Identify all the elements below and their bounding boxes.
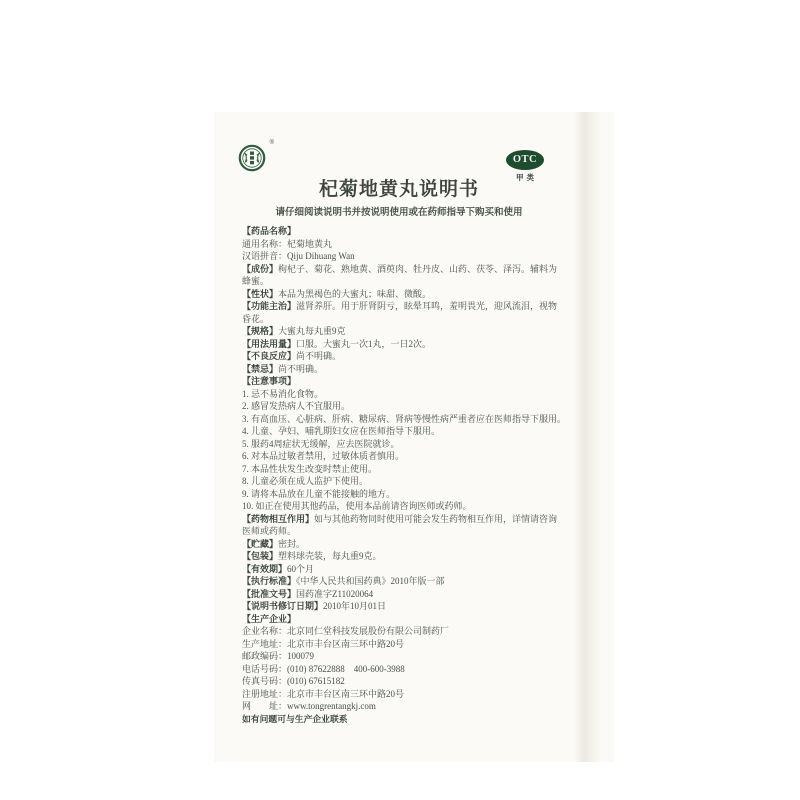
line-text: 10. 如正在使用其他药品，使用本品前请咨询医师或药师。	[242, 501, 472, 511]
leaflet-subtitle: 请仔细阅读说明书并按说明使用或在药师指导下购买和使用	[224, 204, 574, 218]
tongrentang-seal-icon	[238, 143, 268, 173]
line-text: 生产地址：北京市丰台区南三环中路20号	[242, 639, 404, 649]
leaflet-line: 传真号码：(010) 67615182	[242, 675, 587, 688]
line-text: 4. 儿童、孕妇、哺乳期妇女应在医师指导下服用。	[242, 426, 440, 436]
leaflet-line: 【不良反应】尚不明确。	[242, 350, 587, 363]
leaflet-line: 7. 本品性状发生改变时禁止使用。	[242, 463, 587, 476]
section-label: 【注意事项】	[242, 376, 296, 386]
line-text: 如有问题可与生产企业联系	[242, 714, 348, 724]
line-text: 《中华人民共和国药典》2010年版一部	[296, 576, 445, 586]
section-label: 【禁忌】	[242, 364, 278, 374]
line-text: 5. 服药4周症状无缓解，应去医院就诊。	[242, 439, 400, 449]
leaflet-line: 医师或药师。	[242, 525, 587, 538]
section-label: 【不良反应】	[242, 351, 296, 361]
line-text: 密封。	[278, 539, 305, 549]
section-label: 【用法用量】	[242, 339, 296, 349]
registered-trademark-icon: ®	[270, 140, 274, 146]
otc-oval-icon: OTC	[506, 150, 544, 170]
line-text: 邮政编码：100079	[242, 651, 314, 661]
line-text: 医师或药师。	[242, 526, 296, 536]
leaflet-line: 1. 忌不易消化食物。	[242, 388, 587, 401]
section-label: 【执行标准】	[242, 576, 296, 586]
leaflet-line: 【药物相互作用】如与其他药物同时使用可能会发生药物相互作用，详情请咨询	[242, 513, 587, 526]
line-text: 枸杞子、菊花、熟地黄、酒萸肉、牡丹皮、山药、茯苓、泽泻。辅料为	[278, 264, 557, 274]
section-label: 【性状】	[242, 289, 278, 299]
leaflet-line: 【功能主治】滋肾养肝。用于肝肾阴亏，眩晕耳鸣，羞明畏光，迎风流泪，视物	[242, 300, 587, 313]
line-text: 2010年10月01日	[323, 601, 386, 611]
line-text: 滋肾养肝。用于肝肾阴亏，眩晕耳鸣，羞明畏光，迎风流泪，视物	[296, 301, 557, 311]
leaflet-line: 5. 服药4周症状无缓解，应去医院就诊。	[242, 438, 587, 451]
line-text: 1. 忌不易消化食物。	[242, 389, 323, 399]
leaflet-line: 【禁忌】尚不明确。	[242, 363, 587, 376]
leaflet-line: 【性状】本品为黑褐色的大蜜丸；味甜、微酸。	[242, 288, 587, 301]
section-label: 【贮藏】	[242, 539, 278, 549]
line-text: 9. 请将本品放在儿童不能接触的地方。	[242, 489, 395, 499]
leaflet-line: 【生产企业】	[242, 613, 587, 626]
line-text: 传真号码：(010) 67615182	[242, 676, 345, 686]
line-text: 电话号码：(010) 87622888 400-600-3988	[242, 664, 405, 674]
line-text: 尚不明确。	[278, 364, 323, 374]
leaflet-line: 企业名称：北京同仁堂科技发展股份有限公司制药厂	[242, 625, 587, 638]
leaflet-line: 10. 如正在使用其他药品，使用本品前请咨询医师或药师。	[242, 500, 587, 513]
line-text: 7. 本品性状发生改变时禁止使用。	[242, 464, 377, 474]
line-text: 注册地址：北京市丰台区南三环中路20号	[242, 689, 404, 699]
line-text: 企业名称：北京同仁堂科技发展股份有限公司制药厂	[242, 626, 449, 636]
line-text: 网 址：www.tongrentangkj.com	[242, 701, 376, 711]
leaflet-line: 8. 儿童必须在成人监护下使用。	[242, 475, 587, 488]
section-label: 【药物相互作用】	[242, 514, 314, 524]
line-text: 3. 有高血压、心脏病、肝病、糖尿病、肾病等慢性病严重者应在医师指导下服用。	[242, 414, 566, 424]
section-label: 【成份】	[242, 264, 278, 274]
leaflet-line: 4. 儿童、孕妇、哺乳期妇女应在医师指导下服用。	[242, 425, 587, 438]
leaflet-line: 3. 有高血压、心脏病、肝病、糖尿病、肾病等慢性病严重者应在医师指导下服用。	[242, 413, 587, 426]
leaflet-line: 【有效期】60个月	[242, 563, 587, 576]
line-text: 口服。大蜜丸一次1丸，一日2次。	[296, 339, 431, 349]
screenshot-root: { "header": { "brand_logo": "tongrentang…	[0, 0, 800, 800]
leaflet-line: 【批准文号】国药准字Z11020064	[242, 588, 587, 601]
line-text: 6. 对本品过敏者禁用，过敏体质者慎用。	[242, 451, 404, 461]
leaflet-line: 汉语拼音：Qiju Dihuang Wan	[242, 250, 587, 263]
leaflet-line: 如有问题可与生产企业联系	[242, 713, 587, 726]
leaflet-line: 6. 对本品过敏者禁用，过敏体质者慎用。	[242, 450, 587, 463]
leaflet-line: 9. 请将本品放在儿童不能接触的地方。	[242, 488, 587, 501]
leaflet-line: 昏花。	[242, 313, 587, 326]
line-text: 尚不明确。	[296, 351, 341, 361]
leaflet-line: 【贮藏】密封。	[242, 538, 587, 551]
leaflet-line: 【药品名称】	[242, 225, 587, 238]
leaflet-line: 生产地址：北京市丰台区南三环中路20号	[242, 638, 587, 651]
leaflet-body: 【药品名称】通用名称：杞菊地黄丸汉语拼音：Qiju Dihuang Wan【成份…	[242, 225, 587, 725]
leaflet-line: 【包装】塑料球壳装，每丸重9克。	[242, 550, 587, 563]
leaflet-line: 注册地址：北京市丰台区南三环中路20号	[242, 688, 587, 701]
line-text: 60个月	[287, 564, 314, 574]
line-text: 本品为黑褐色的大蜜丸；味甜、微酸。	[278, 289, 431, 299]
leaflet-line: 【成份】枸杞子、菊花、熟地黄、酒萸肉、牡丹皮、山药、茯苓、泽泻。辅料为	[242, 263, 587, 276]
leaflet-line: 蜂蜜。	[242, 275, 587, 288]
leaflet-title: 杞菊地黄丸说明书	[234, 174, 564, 201]
line-text: 8. 儿童必须在成人监护下使用。	[242, 476, 368, 486]
line-text: 昏花。	[242, 314, 269, 324]
brand-logo: ®	[238, 143, 274, 177]
leaflet-line: 2. 感冒发热病人不宜服用。	[242, 400, 587, 413]
section-label: 【功能主治】	[242, 301, 296, 311]
leaflet-line: 通用名称：杞菊地黄丸	[242, 238, 587, 251]
line-text: 汉语拼音：Qiju Dihuang Wan	[242, 251, 355, 261]
line-text: 2. 感冒发热病人不宜服用。	[242, 401, 350, 411]
leaflet-line: 邮政编码：100079	[242, 650, 587, 663]
section-label: 【有效期】	[242, 564, 287, 574]
line-text: 蜂蜜。	[242, 276, 269, 286]
leaflet-line: 【注意事项】	[242, 375, 587, 388]
section-label: 【批准文号】	[242, 589, 296, 599]
leaflet-line: 【用法用量】口服。大蜜丸一次1丸，一日2次。	[242, 338, 587, 351]
leaflet-line: 【规格】大蜜丸每丸重9克	[242, 325, 587, 338]
section-label: 【生产企业】	[242, 614, 296, 624]
leaflet-line: 【说明书修订日期】2010年10月01日	[242, 600, 587, 613]
section-label: 【说明书修订日期】	[242, 601, 323, 611]
leaflet-line: 电话号码：(010) 87622888 400-600-3988	[242, 663, 587, 676]
section-label: 【药品名称】	[242, 226, 296, 236]
leaflet-paper: ® OTC 甲类 杞菊地黄丸说明书 请仔细阅读说明书并按说明使用或在药师指导下购…	[214, 112, 614, 762]
leaflet-line: 【执行标准】《中华人民共和国药典》2010年版一部	[242, 575, 587, 588]
leaflet-line: 网 址：www.tongrentangkj.com	[242, 700, 587, 713]
section-label: 【规格】	[242, 326, 278, 336]
line-text: 通用名称：杞菊地黄丸	[242, 239, 332, 249]
line-text: 如与其他药物同时使用可能会发生药物相互作用，详情请咨询	[314, 514, 557, 524]
section-label: 【包装】	[242, 551, 278, 561]
line-text: 塑料球壳装，每丸重9克。	[278, 551, 382, 561]
line-text: 大蜜丸每丸重9克	[278, 326, 346, 336]
line-text: 国药准字Z11020064	[296, 589, 373, 599]
